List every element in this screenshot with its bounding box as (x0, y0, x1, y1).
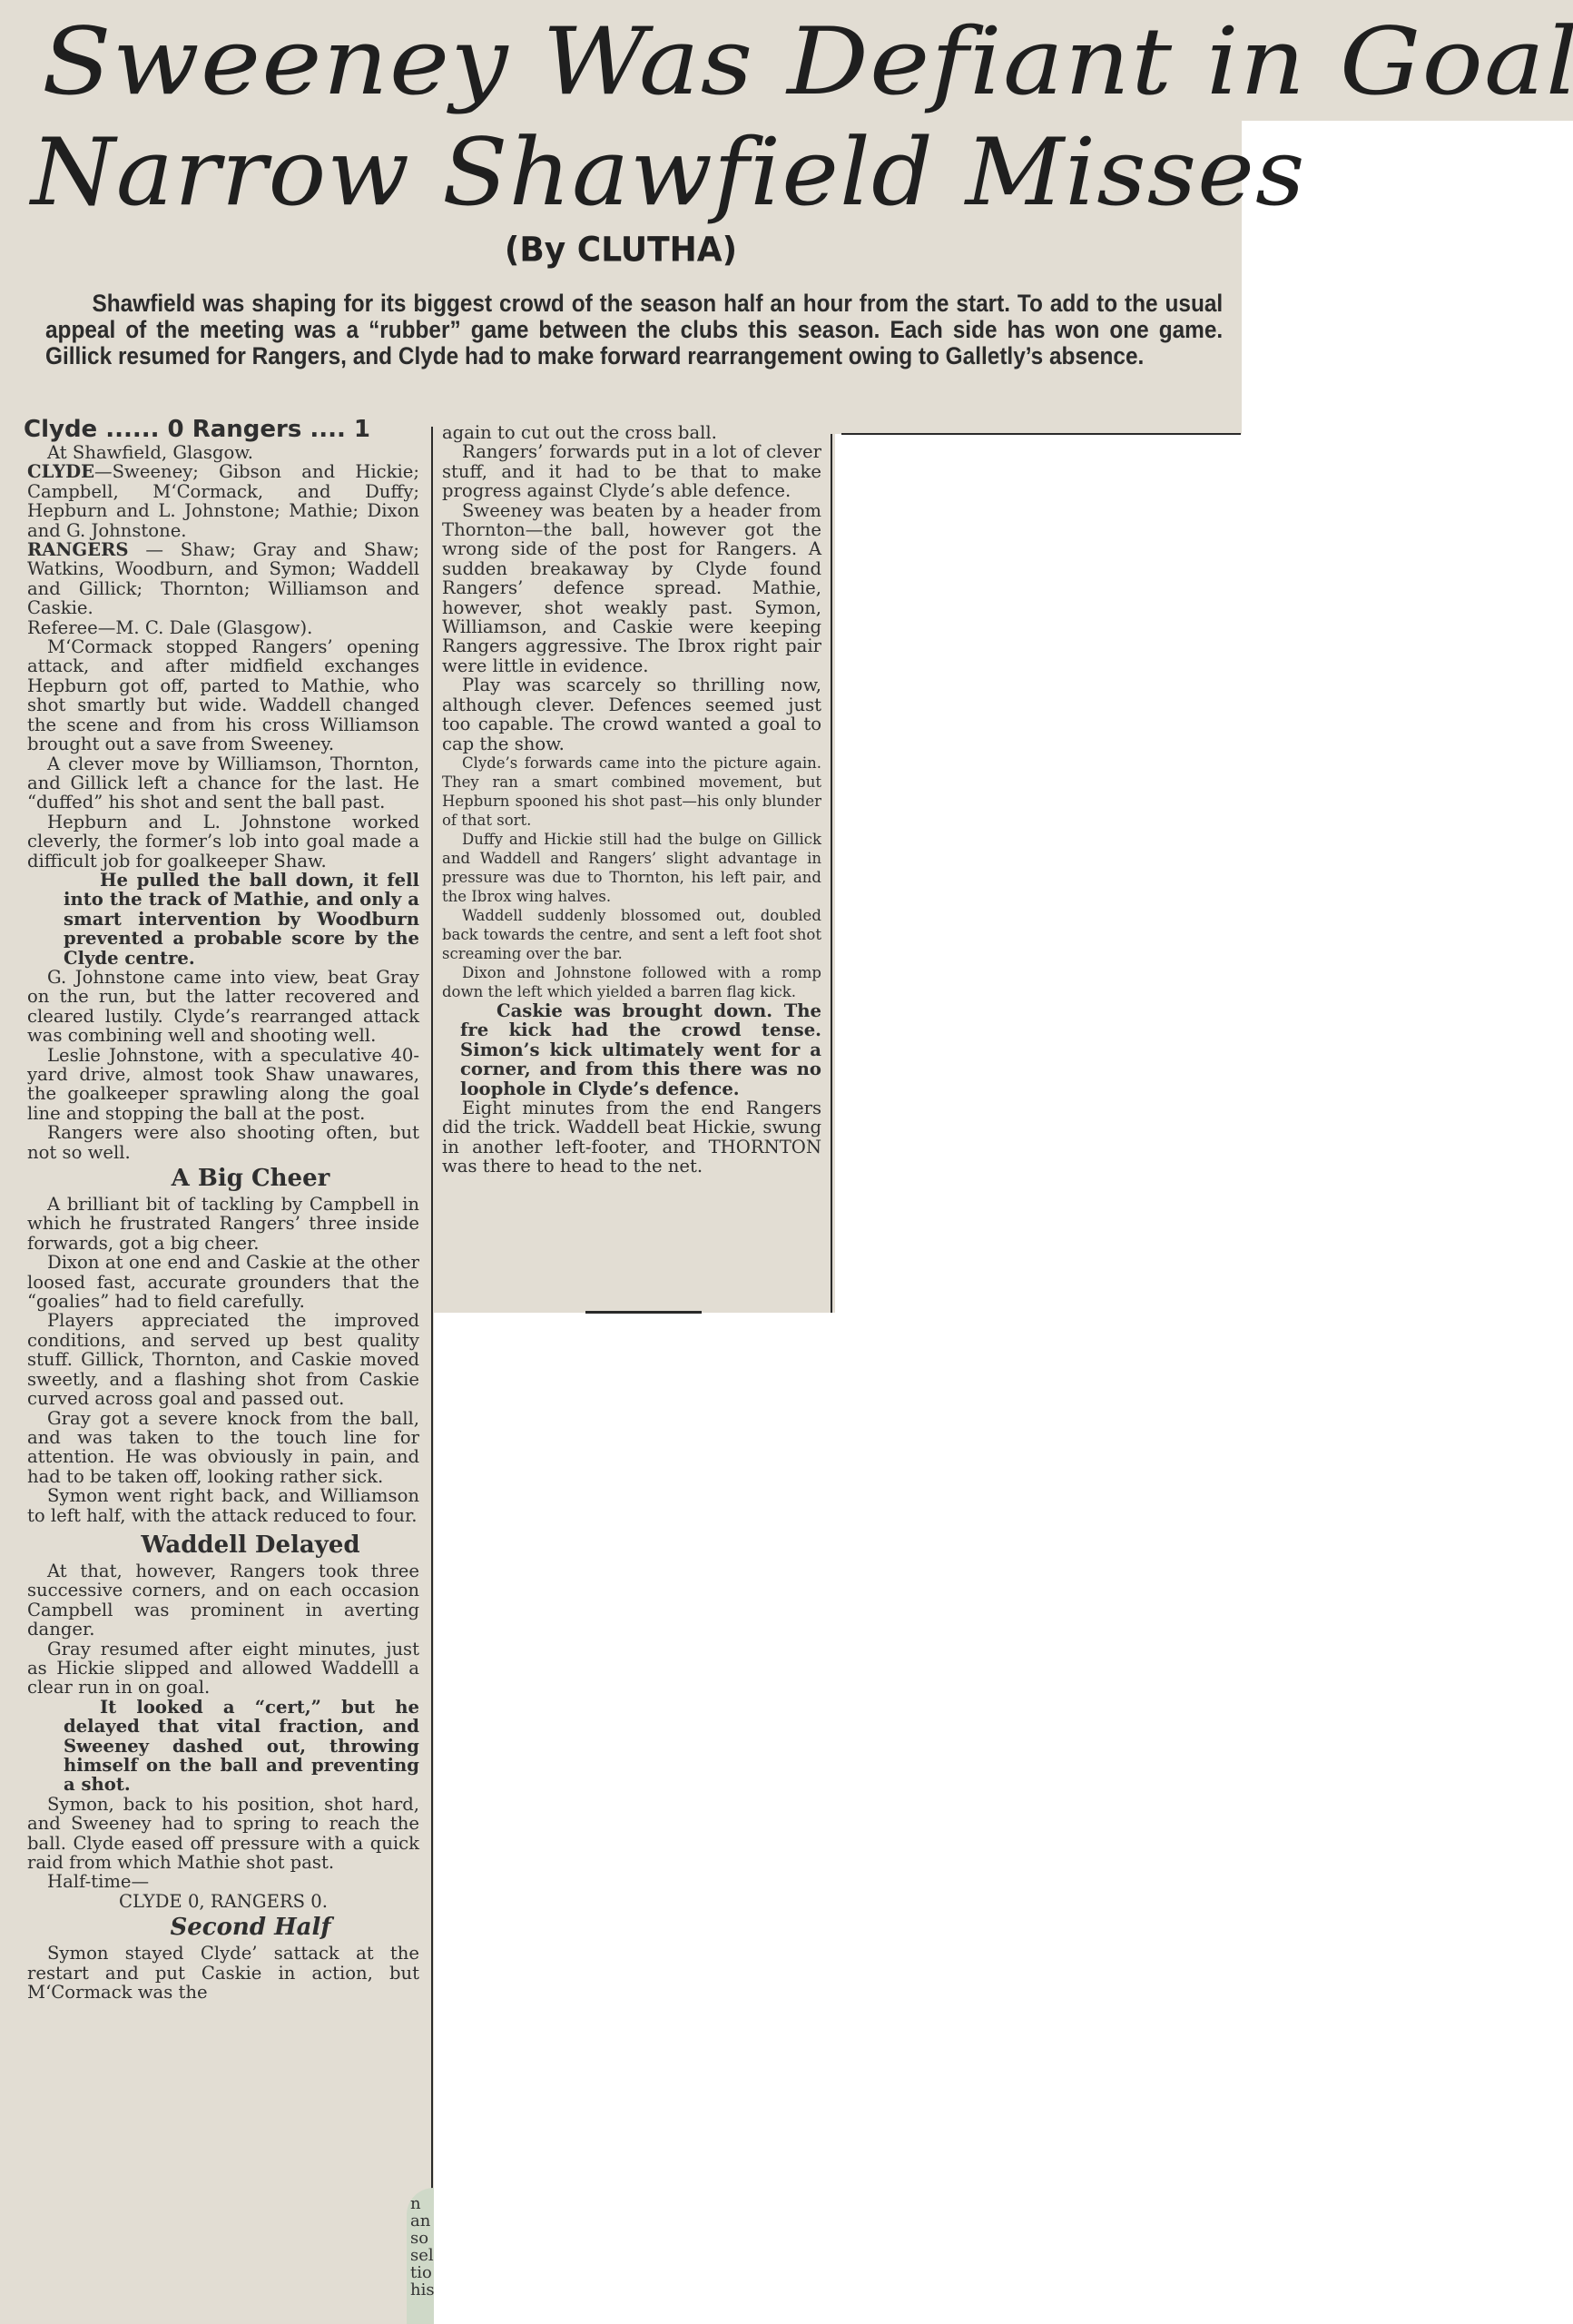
article-paragraph: At that, however, Rangers took three suc… (27, 1561, 419, 1640)
article-paragraph: Leslie Johnstone, with a speculative 40-… (27, 1046, 419, 1124)
bold-paragraph: He pulled the ball down, it fell into th… (27, 871, 419, 968)
referee: Referee—M. C. Dale (Glasgow). (27, 618, 419, 637)
bold-paragraph: Caskie was brought down. The fre kick ha… (442, 1001, 821, 1098)
article-paragraph: Dixon at one end and Caskie at the other… (27, 1253, 419, 1311)
right-column: again to cut out the cross ball. Rangers… (442, 423, 821, 1177)
headline-line-1: Sweeney Was Defiant in Goal (42, 7, 1573, 115)
article-paragraph: G. Johnstone came into view, beat Gray o… (27, 968, 419, 1046)
column-rule (431, 427, 433, 2324)
fragment-text: tio (410, 2264, 434, 2281)
article-paragraph: A brilliant bit of tackling by Campbell … (27, 1195, 419, 1253)
article-paragraph: Dixon and Johnstone followed with a romp… (442, 963, 821, 1001)
article-paragraph: A clever move by Williamson, Thornton, a… (27, 754, 419, 812)
intro-text: Shawfield was shaping for its biggest cr… (45, 290, 1223, 369)
halftime-label: Half-time— (27, 1872, 419, 1891)
fragment-text: his (410, 2281, 434, 2299)
fragment-text: n (410, 2195, 434, 2212)
article-paragraph: Rangers were also shooting often, but no… (27, 1123, 419, 1162)
halftime-score: CLYDE 0, RANGERS 0. (27, 1892, 419, 1911)
subheading-waddell-delayed: Waddell Delayed (82, 1529, 419, 1561)
final-paragraph: Eight minutes from the end Rangers did t… (442, 1098, 821, 1177)
column-rule (831, 434, 832, 1313)
rangers-lineup: RANGERS — Shaw; Gray and Shaw; Watkins, … (27, 540, 419, 618)
horizontal-rule (841, 433, 1241, 435)
article-paragraph: Clyde’s forwards came into the picture a… (442, 753, 821, 830)
fragment-text: sel (410, 2247, 434, 2264)
intro-paragraph: Shawfield was shaping for its biggest cr… (45, 290, 1223, 369)
article-paragraph: Symon stayed Clyde’ sattack at the resta… (27, 1944, 419, 2002)
left-column: Clyde ...... 0 Rangers .... 1 At Shawfie… (27, 416, 419, 2002)
article-paragraph: Hepburn and L. Johnstone worked cleverly… (27, 812, 419, 871)
fragment-text: an (410, 2212, 434, 2230)
subheading-big-cheer: A Big Cheer (82, 1162, 419, 1195)
subheading-second-half: Second Half (82, 1911, 419, 1944)
torn-paper-fragment: nansoseltiohis (407, 2188, 434, 2324)
article-paragraph: Symon, back to his position, shot hard, … (27, 1795, 419, 1873)
article-paragraph: M‘Cormack stopped Rangers’ opening attac… (27, 637, 419, 753)
article-paragraph: Gray resumed after eight minutes, just a… (27, 1640, 419, 1698)
fragment-text: so (410, 2230, 434, 2247)
article-paragraph: Symon went right back, and Williamson to… (27, 1486, 419, 1525)
venue: At Shawfield, Glasgow. (27, 443, 419, 462)
end-rule (585, 1311, 702, 1314)
article-paragraph: Gray got a severe knock from the ball, a… (27, 1409, 419, 1487)
scoreline: Clyde ...... 0 Rangers .... 1 (24, 416, 419, 443)
bold-paragraph: It looked a “cert,” but he delayed that … (27, 1698, 419, 1795)
clyde-lineup: CLYDE—Sweeney; Gibson and Hickie; Campbe… (27, 462, 419, 540)
clyde-label: CLYDE (27, 461, 94, 482)
rangers-label: RANGERS (27, 539, 129, 560)
article-paragraph: Duffy and Hickie still had the bulge on … (442, 830, 821, 906)
article-paragraph: Play was scarcely so thrilling now, alth… (442, 675, 821, 753)
article-paragraph: Sweeney was beaten by a header from Thor… (442, 501, 821, 676)
continuation: again to cut out the cross ball. (442, 423, 821, 442)
article-paragraph: Rangers’ forwards put in a lot of clever… (442, 442, 821, 500)
byline: (By CLUTHA) (0, 231, 1242, 270)
article-paragraph: Players appreciated the improved conditi… (27, 1311, 419, 1408)
headline-line-2: Narrow Shawfield Misses (31, 118, 1305, 226)
article-paragraph: Waddell suddenly blossomed out, doubled … (442, 906, 821, 963)
